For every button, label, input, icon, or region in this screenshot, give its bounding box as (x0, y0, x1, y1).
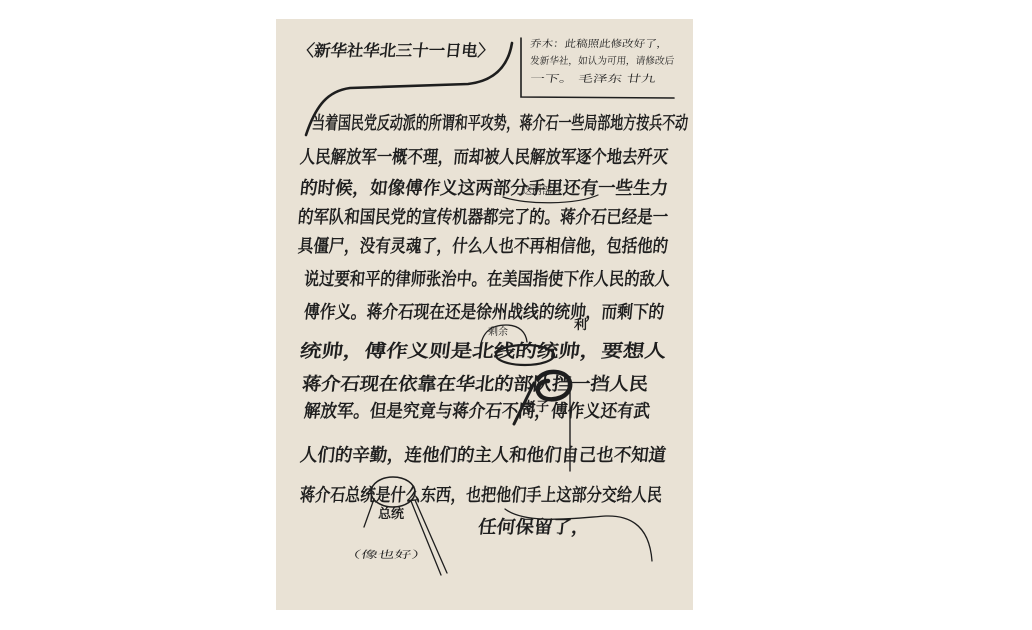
insertion-text: 这两部分 (522, 187, 562, 197)
body-line: 的军队和国民党的宣传机器都完了的。蒋介石已经是一 (297, 209, 669, 227)
body-line: 任何保留了， (477, 519, 591, 537)
bottom-note: （像也好） (343, 551, 429, 561)
body-line: 人们的辛勤，连他们的主人和他们自己也不知道 (299, 447, 667, 465)
body-line: 蒋介石现在依靠在华北的部队挡一挡人民 (301, 376, 649, 394)
cone-right-stroke-a (411, 501, 441, 575)
cone-right-stroke-b (415, 500, 447, 573)
body-line: 说过要和平的律师张治中。在美国指使下作人民的敌人 (303, 271, 671, 289)
body-line: 解放军。但是究竟与蒋介石不同，傅作义还有武 (303, 403, 651, 421)
circled-word: 总统 (378, 508, 404, 521)
insertion-text: 剩余 (488, 328, 508, 338)
margin-note-line: 乔木：此稿照此修改好了， (529, 40, 668, 50)
body-line: 傅作义。蒋介石现在还是徐州战线的统帅，而剩下的 (303, 304, 665, 322)
body-line: 蒋介石总统是什么东西，也把他们手上这部分交给人民 (299, 487, 663, 505)
margin-note-line: 发新华社，如认为可用，请修改后 (529, 57, 674, 67)
body-line: 的时候，如像傅作义这两部分手里还有一些生力 (299, 180, 669, 198)
body-line: 统帅，傅作义则是北线的统帅，要想人 (299, 343, 667, 361)
insertion-text: 利 (574, 319, 587, 332)
body-line: 具僵尸，没有灵魂了，什么人也不再相信他，包括他的 (297, 238, 669, 256)
insertion-text: 老子 (523, 401, 549, 414)
margin-note-line: 一下。 毛泽东 廿九 (529, 75, 656, 85)
manuscript-page: 〈新华社华北三十一日电〉 乔木：此稿照此修改好了， 发新华社，如认为可用，请修改… (276, 19, 693, 610)
dateline: 〈新华社华北三十一日电〉 (297, 43, 495, 59)
body-line: 当着国民党反动派的所谓和平攻势，蒋介石一些局部地方按兵不动 (311, 115, 688, 133)
body-line: 人民解放军一概不理，而却被人民解放军逐个地去歼灭 (299, 149, 669, 167)
